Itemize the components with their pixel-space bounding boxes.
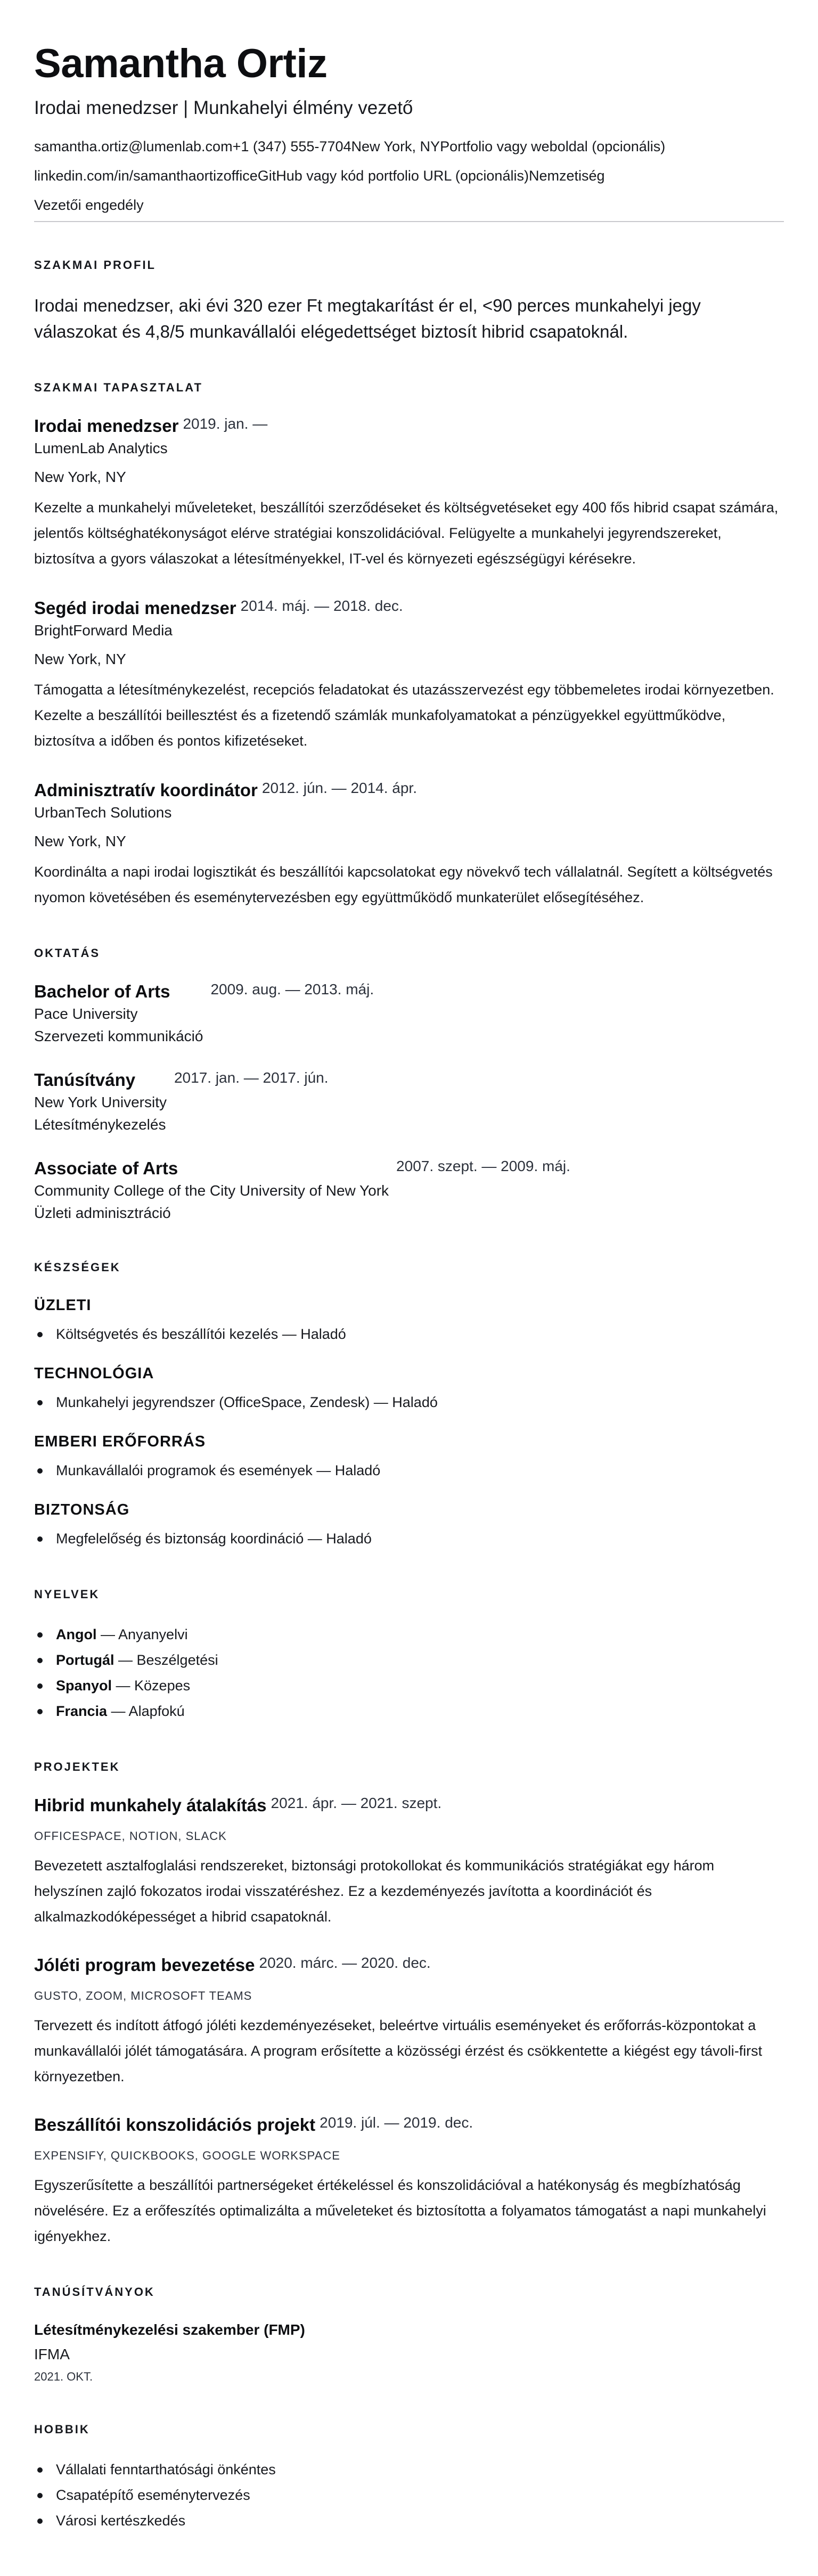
job-description: Koordinálta a napi irodai logisztikát és… [34, 859, 784, 910]
section-experience: Szakmai tapasztalat Irodai menedzserLume… [34, 380, 784, 910]
language-level: — Közepes [112, 1678, 190, 1694]
job-location: New York, NY [34, 648, 236, 670]
language-name: Portugál [56, 1652, 114, 1668]
language-item: Portugál — Beszélgetési [34, 1647, 784, 1673]
section-hobbies: Hobbik Vállalati fenntarthatósági önként… [34, 2422, 784, 2533]
entry-main: Associate of ArtsCommunity College of th… [34, 1157, 389, 1224]
language-item: Spanyol — Közepes [34, 1673, 784, 1698]
certification-name: Létesítménykezelési szakember (FMP) [34, 2319, 784, 2341]
skill-list: Megfelelőség és biztonság koordináció — … [34, 1526, 784, 1551]
job-description: Támogatta a létesítménykezelést, recepci… [34, 677, 784, 754]
job-title: Adminisztratív koordinátor [34, 779, 258, 802]
certification-entry: Létesítménykezelési szakember (FMP)IFMA2… [34, 2319, 784, 2386]
section-title: Készségek [34, 1260, 784, 1275]
profile-summary: Irodai menedzser, aki évi 320 ezer Ft me… [34, 292, 784, 345]
section-title: Projektek [34, 1759, 784, 1775]
language-name: Angol [56, 1626, 96, 1642]
skill-category-title: Üzleti [34, 1295, 784, 1316]
project-title: Hibrid munkahely átalakítás [34, 1794, 267, 1817]
project-title: Jóléti program bevezetése [34, 1954, 255, 1976]
languages-list: Angol — AnyanyelviPortugál — Beszélgetés… [34, 1622, 784, 1724]
entry-header: Adminisztratív koordinátorUrbanTech Solu… [34, 779, 784, 853]
hobby-item: Vállalati fenntarthatósági önkéntes [34, 2457, 784, 2482]
skill-item: Munkavállalói programok és események — H… [34, 1458, 784, 1483]
education-entry: TanúsítványNew York UniversityLétesítmén… [34, 1069, 784, 1136]
skill-category: TechnológiaMunkahelyi jegyrendszer (Offi… [34, 1363, 784, 1415]
skill-item: Munkahelyi jegyrendszer (OfficeSpace, Ze… [34, 1389, 784, 1415]
project-entry: Hibrid munkahely átalakítás2021. ápr. — … [34, 1794, 784, 1929]
date-range: 2007. szept. — 2009. máj. [396, 1157, 570, 1175]
candidate-name: Samantha Ortiz [34, 38, 784, 89]
candidate-headline: Irodai menedzser | Munkahelyi élmény vez… [34, 95, 784, 121]
resume-header: Samantha Ortiz Irodai menedzser | Munkah… [34, 38, 784, 222]
experience-entry: Adminisztratív koordinátorUrbanTech Solu… [34, 779, 784, 910]
date-range: 2019. júl. — 2019. dec. [320, 2114, 473, 2132]
language-level: — Beszélgetési [114, 1652, 218, 1668]
date-range: 2020. márc. — 2020. dec. [259, 1954, 431, 1972]
skill-category: BiztonságMegfelelőség és biztonság koord… [34, 1499, 784, 1551]
section-title: Szakmai tapasztalat [34, 380, 784, 396]
hobby-item: Csapatépítő eseménytervezés [34, 2482, 784, 2508]
company-name: BrightForward Media [34, 619, 236, 642]
institution-name: Community College of the City University… [34, 1180, 389, 1202]
entry-header: Bachelor of ArtsPace UniversitySzervezet… [34, 980, 784, 1048]
skill-category: ÜzletiKöltségvetés és beszállítói kezelé… [34, 1295, 784, 1347]
entry-main: Bachelor of ArtsPace UniversitySzervezet… [34, 980, 203, 1048]
section-projects: Projektek Hibrid munkahely átalakítás202… [34, 1759, 784, 2249]
project-description: Tervezett és indított átfogó jóléti kezd… [34, 2013, 784, 2089]
language-name: Francia [56, 1703, 107, 1719]
skill-list: Költségvetés és beszállítói kezelés — Ha… [34, 1321, 784, 1347]
degree-title: Bachelor of Arts [34, 980, 203, 1003]
skill-item: Költségvetés és beszállítói kezelés — Ha… [34, 1321, 784, 1347]
skill-list: Munkahelyi jegyrendszer (OfficeSpace, Ze… [34, 1389, 784, 1415]
job-title: Segéd irodai menedzser [34, 597, 236, 619]
certification-issuer: IFMA [34, 2343, 784, 2366]
header-divider [34, 221, 784, 222]
project-tech-stack: OfficeSpace, Notion, Slack [34, 1827, 784, 1845]
entry-main: Irodai menedzserLumenLab AnalyticsNew Yo… [34, 415, 178, 488]
contact-line-3: Vezetői engedély [34, 191, 784, 220]
date-range: 2012. jún. — 2014. ápr. [262, 779, 417, 797]
section-profile: Szakmai profil Irodai menedzser, aki évi… [34, 257, 784, 345]
hobbies-list: Vállalati fenntarthatósági önkéntesCsapa… [34, 2457, 784, 2533]
entry-header: Segéd irodai menedzserBrightForward Medi… [34, 597, 784, 670]
company-name: UrbanTech Solutions [34, 802, 258, 824]
entry-main: TanúsítványNew York UniversityLétesítmén… [34, 1069, 167, 1136]
skill-item: Megfelelőség és biztonság koordináció — … [34, 1526, 784, 1551]
education-entry: Associate of ArtsCommunity College of th… [34, 1157, 784, 1224]
company-name: LumenLab Analytics [34, 437, 178, 460]
contact-info: samantha.ortiz@lumenlab.com+1 (347) 555-… [34, 132, 784, 220]
field-of-study: Szervezeti kommunikáció [34, 1025, 203, 1048]
entry-header: Hibrid munkahely átalakítás2021. ápr. — … [34, 1794, 784, 1817]
skill-category-title: Biztonság [34, 1499, 784, 1520]
job-title: Irodai menedzser [34, 415, 178, 437]
project-description: Egyszerűsítette a beszállítói partnerség… [34, 2172, 784, 2249]
section-certifications: Tanúsítványok Létesítménykezelési szakem… [34, 2284, 784, 2386]
language-item: Angol — Anyanyelvi [34, 1622, 784, 1647]
date-range: 2009. aug. — 2013. máj. [210, 980, 374, 999]
skill-list: Munkavállalói programok és események — H… [34, 1458, 784, 1483]
entry-header: Beszállítói konszolidációs projekt2019. … [34, 2114, 784, 2136]
certification-date: 2021. okt. [34, 2367, 784, 2386]
section-title: Oktatás [34, 945, 784, 961]
degree-title: Tanúsítvány [34, 1069, 167, 1091]
language-name: Spanyol [56, 1678, 112, 1694]
date-range: 2017. jan. — 2017. jún. [174, 1069, 329, 1087]
project-entry: Jóléti program bevezetése2020. márc. — 2… [34, 1954, 784, 2089]
section-languages: Nyelvek Angol — AnyanyelviPortugál — Bes… [34, 1587, 784, 1724]
language-level: — Anyanyelvi [96, 1626, 187, 1642]
job-description: Kezelte a munkahelyi műveleteket, beszál… [34, 495, 784, 571]
field-of-study: Létesítménykezelés [34, 1114, 167, 1136]
field-of-study: Üzleti adminisztráció [34, 1202, 389, 1224]
entry-header: Jóléti program bevezetése2020. márc. — 2… [34, 1954, 784, 1976]
project-description: Bevezetett asztalfoglalási rendszereket,… [34, 1853, 784, 1929]
section-title: Hobbik [34, 2422, 784, 2438]
skill-category-title: Technológia [34, 1363, 784, 1384]
section-education: Oktatás Bachelor of ArtsPace UniversityS… [34, 945, 784, 1224]
date-range: 2014. máj. — 2018. dec. [241, 597, 403, 615]
degree-title: Associate of Arts [34, 1157, 389, 1180]
entry-main: Segéd irodai menedzserBrightForward Medi… [34, 597, 236, 670]
skill-category-title: Emberi erőforrás [34, 1431, 784, 1452]
project-entry: Beszállítói konszolidációs projekt2019. … [34, 2114, 784, 2249]
job-location: New York, NY [34, 466, 178, 488]
institution-name: Pace University [34, 1003, 203, 1025]
institution-name: New York University [34, 1091, 167, 1114]
entry-main: Adminisztratív koordinátorUrbanTech Solu… [34, 779, 258, 853]
education-entry: Bachelor of ArtsPace UniversitySzervezet… [34, 980, 784, 1048]
experience-entry: Segéd irodai menedzserBrightForward Medi… [34, 597, 784, 754]
entry-header: Associate of ArtsCommunity College of th… [34, 1157, 784, 1224]
project-title: Beszállítói konszolidációs projekt [34, 2114, 315, 2136]
contact-line-2: linkedin.com/in/samanthaortizofficeGitHu… [34, 161, 784, 191]
entry-header: TanúsítványNew York UniversityLétesítmén… [34, 1069, 784, 1136]
project-tech-stack: Expensify, QuickBooks, Google Workspace [34, 2147, 784, 2165]
language-item: Francia — Alapfokú [34, 1698, 784, 1724]
job-location: New York, NY [34, 830, 258, 853]
language-level: — Alapfokú [107, 1703, 185, 1719]
experience-entry: Irodai menedzserLumenLab AnalyticsNew Yo… [34, 415, 784, 571]
skill-category: Emberi erőforrásMunkavállalói programok … [34, 1431, 784, 1483]
project-tech-stack: Gusto, Zoom, Microsoft Teams [34, 1987, 784, 2005]
section-skills: Készségek ÜzletiKöltségvetés és beszállí… [34, 1260, 784, 1551]
date-range: 2019. jan. — [183, 415, 267, 433]
section-title: Nyelvek [34, 1587, 784, 1602]
contact-line-1: samantha.ortiz@lumenlab.com+1 (347) 555-… [34, 132, 784, 161]
entry-header: Irodai menedzserLumenLab AnalyticsNew Yo… [34, 415, 784, 488]
hobby-item: Városi kertészkedés [34, 2508, 784, 2533]
resume-page: Samantha Ortiz Irodai menedzser | Munkah… [0, 0, 818, 2576]
date-range: 2021. ápr. — 2021. szept. [271, 1794, 442, 1812]
section-title: Szakmai profil [34, 257, 784, 273]
section-title: Tanúsítványok [34, 2284, 784, 2300]
